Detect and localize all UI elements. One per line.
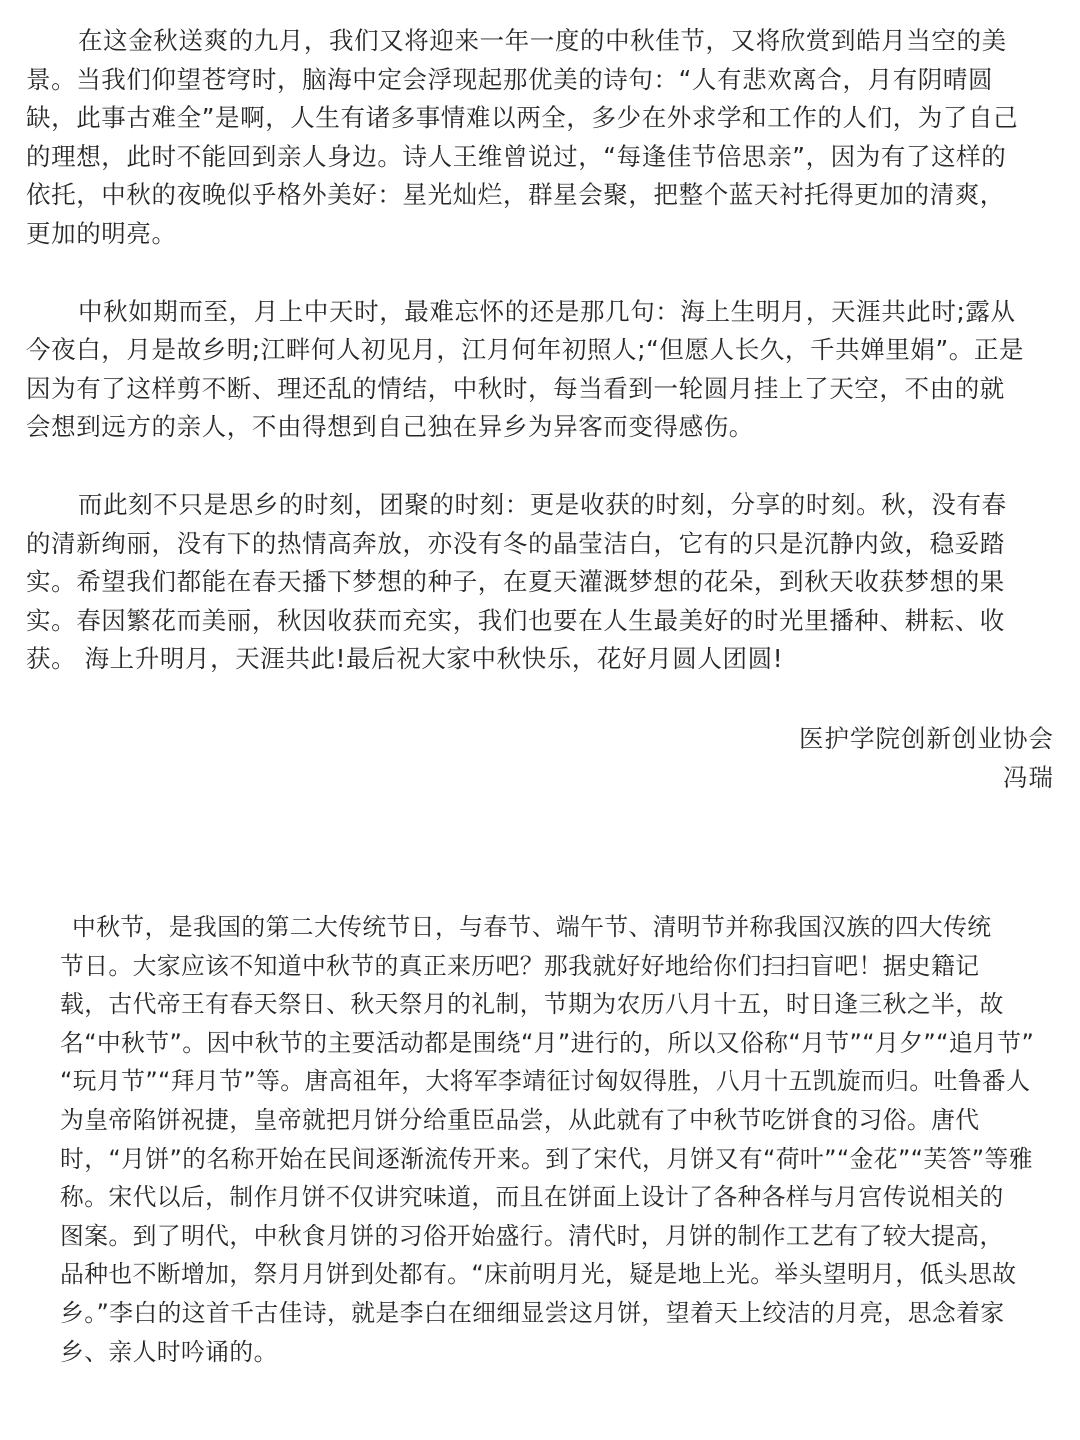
text-line: 获。 海上升明月，天涯共此!最后祝大家中秋快乐，花好月圆人团圆! — [26, 640, 1066, 679]
paragraph-spacer — [26, 447, 1066, 486]
text-line: 实。春因繁花而美丽，秋因收获而充实，我们也要在人生最美好的时光里播种、耕耘、收 — [26, 602, 1066, 641]
signature-organization: 医护学院创新创业协会 — [799, 720, 1054, 759]
signature-block: 医护学院创新创业协会 冯瑞 — [799, 720, 1054, 797]
text-line: 景。当我们仰望苍穹时，脑海中定会浮现起那优美的诗句：“人有悲欢离合，月有阴晴圆 — [26, 61, 1066, 100]
text-line: 今夜白，月是故乡明;江畔何人初见月，江月何年初照人;“但愿人长久，千共婵里娟”。… — [26, 331, 1066, 370]
text-line: 乡。”李白的这首千古佳诗，就是李白在细细显尝这月饼，望着天上绞洁的月亮，思念着家 — [60, 1294, 1060, 1333]
text-line: 而此刻不只是思乡的时刻，团聚的时刻：更是收获的时刻，分享的时刻。秋，没有春 — [26, 486, 1066, 525]
text-line: 在这金秋送爽的九月，我们又将迎来一年一度的中秋佳节，又将欣赏到皓月当空的美 — [26, 22, 1066, 61]
paragraph-3: 而此刻不只是思乡的时刻，团聚的时刻：更是收获的时刻，分享的时刻。秋，没有春 的清… — [26, 486, 1066, 679]
text-line: 因为有了这样剪不断、理还乱的情结，中秋时，每当看到一轮圆月挂上了天空，不由的就 — [26, 370, 1066, 409]
text-line: 品种也不断增加，祭月月饼到处都有。“床前明月光，疑是地上光。举头望明月，低头思故 — [60, 1255, 1060, 1294]
text-line: 依托，中秋的夜晚似乎格外美好：星光灿烂，群星会聚，把整个蓝天衬托得更加的清爽， — [26, 176, 1066, 215]
text-line: 载，古代帝王有春天祭日、秋天祭月的礼制，节期为农历八月十五，时日逢三秋之半，故 — [60, 985, 1060, 1024]
paragraph-spacer — [26, 254, 1066, 293]
article-bottom: 中秋节，是我国的第二大传统节日，与春节、端午节、清明节并称我国汉族的四大传统 节… — [60, 908, 1060, 1371]
text-line: 更加的明亮。 — [26, 215, 1066, 254]
text-line: 名“中秋节”。因中秋节的主要活动都是围绕“月”进行的，所以又俗称“月节”“月夕”… — [60, 1024, 1060, 1063]
paragraph-2: 中秋如期而至，月上中天时，最难忘怀的还是那几句：海上生明月，天涯共此时;露从 今… — [26, 293, 1066, 447]
text-line: 的清新绚丽，没有下的热情高奔放，亦没有冬的晶莹洁白，它有的只是沉静内敛，稳妥踏 — [26, 525, 1066, 564]
text-line: “玩月节”“拜月节”等。唐高祖年，大将军李靖征讨匈奴得胜，八月十五凯旋而归。吐鲁… — [60, 1062, 1060, 1101]
text-line: 中秋节，是我国的第二大传统节日，与春节、端午节、清明节并称我国汉族的四大传统 — [60, 908, 1060, 947]
text-line: 图案。到了明代，中秋食月饼的习俗开始盛行。清代时，月饼的制作工艺有了较大提高， — [60, 1217, 1060, 1256]
text-line: 时，“月饼”的名称开始在民间逐渐流传开来。到了宋代，月饼又有“荷叶”“金花”“芙… — [60, 1140, 1060, 1179]
text-line: 称。宋代以后，制作月饼不仅讲究味道，而且在饼面上设计了各种各样与月宫传说相关的 — [60, 1178, 1060, 1217]
paragraph-mid-autumn-history: 中秋节，是我国的第二大传统节日，与春节、端午节、清明节并称我国汉族的四大传统 节… — [60, 908, 1060, 1371]
text-line: 中秋如期而至，月上中天时，最难忘怀的还是那几句：海上生明月，天涯共此时;露从 — [26, 293, 1066, 332]
text-line: 的理想，此时不能回到亲人身边。诗人王维曾说过，“每逢佳节倍思亲”，因为有了这样的 — [26, 138, 1066, 177]
text-line: 会想到远方的亲人，不由得想到自己独在异乡为异客而变得感伤。 — [26, 408, 1066, 447]
paragraph-1: 在这金秋送爽的九月，我们又将迎来一年一度的中秋佳节，又将欣赏到皓月当空的美 景。… — [26, 22, 1066, 254]
text-line: 乡、亲人时吟诵的。 — [60, 1333, 1060, 1372]
article-top: 在这金秋送爽的九月，我们又将迎来一年一度的中秋佳节，又将欣赏到皓月当空的美 景。… — [26, 22, 1066, 679]
text-line: 为皇帝陷饼祝捷，皇帝就把月饼分给重臣品尝，从此就有了中秋节吃饼食的习俗。唐代 — [60, 1101, 1060, 1140]
text-line: 缺，此事古难全”是啊，人生有诸多事情难以两全，多少在外求学和工作的人们，为了自己 — [26, 99, 1066, 138]
signature-author: 冯瑞 — [799, 759, 1054, 798]
text-line: 节日。大家应该不知道中秋节的真正来历吧？那我就好好地给你们扫扫盲吧！据史籍记 — [60, 947, 1060, 986]
text-line: 实。希望我们都能在春天播下梦想的种子，在夏天灌溉梦想的花朵，到秋天收获梦想的果 — [26, 563, 1066, 602]
